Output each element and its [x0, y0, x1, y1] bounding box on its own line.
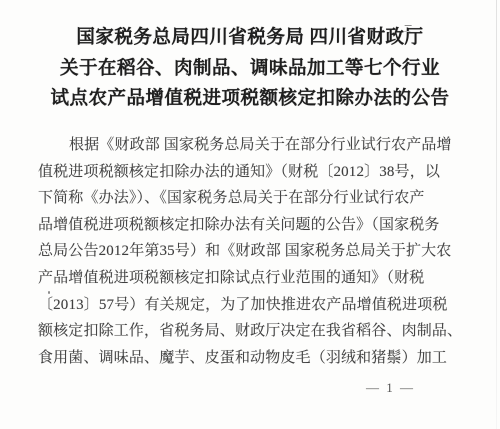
scan-edge-shadow [496, 0, 497, 429]
title-line-1: 国家税务总局四川省税务局 四川省财政厅 [10, 23, 490, 54]
body-line: 根据《财政部 国家税务总局关于在部分行业试行农产品增 [38, 132, 465, 159]
body-line: 品增值税进项税额核定扣除办法有关问题的公告》（国家税务 [38, 212, 465, 239]
body-line: 〔2013〕57号）有关规定，为了加快推进农产品增值税进项税 [38, 292, 465, 319]
body-line: 额核定扣除工作，省税务局、财政厅决定在我省稻谷、肉制品、 [38, 318, 465, 345]
document-body: 根据《财政部 国家税务总局关于在部分行业试行农产品增 值税进项税额核定扣除办法的… [38, 132, 465, 371]
body-line: 产品增值税进项税额核定扣除试点行业范围的通知》（财税 [38, 265, 465, 292]
body-line: 食用菌、调味品、魔芋、皮蛋和动物皮毛（羽绒和猪鬃）加工 [38, 345, 465, 372]
scan-artifact-dot [48, 291, 50, 294]
body-line: 下简称《办法》）、《国家税务总局关于在部分行业试行农产 [38, 185, 465, 212]
title-line-3: 试点农产品增值税进项税额核定扣除办法的公告 [10, 84, 490, 115]
page-number: — 1 — [366, 380, 415, 396]
document-title: 国家税务总局四川省税务局 四川省财政厅 关于在稻谷、肉制品、调味品加工等七个行业… [10, 23, 490, 115]
body-line: 值税进项税额核定扣除办法的通知》（财税〔2012〕38号，以 [38, 159, 465, 186]
scanned-document-page: 国家税务总局四川省税务局 四川省财政厅 关于在稻谷、肉制品、调味品加工等七个行业… [0, 0, 500, 429]
body-line: 总局公告2012年第35号）和《财政部 国家税务总局关于扩大农 [38, 238, 465, 265]
title-line-2: 关于在稻谷、肉制品、调味品加工等七个行业 [10, 54, 490, 85]
scan-artifact-speck [403, 25, 411, 32]
